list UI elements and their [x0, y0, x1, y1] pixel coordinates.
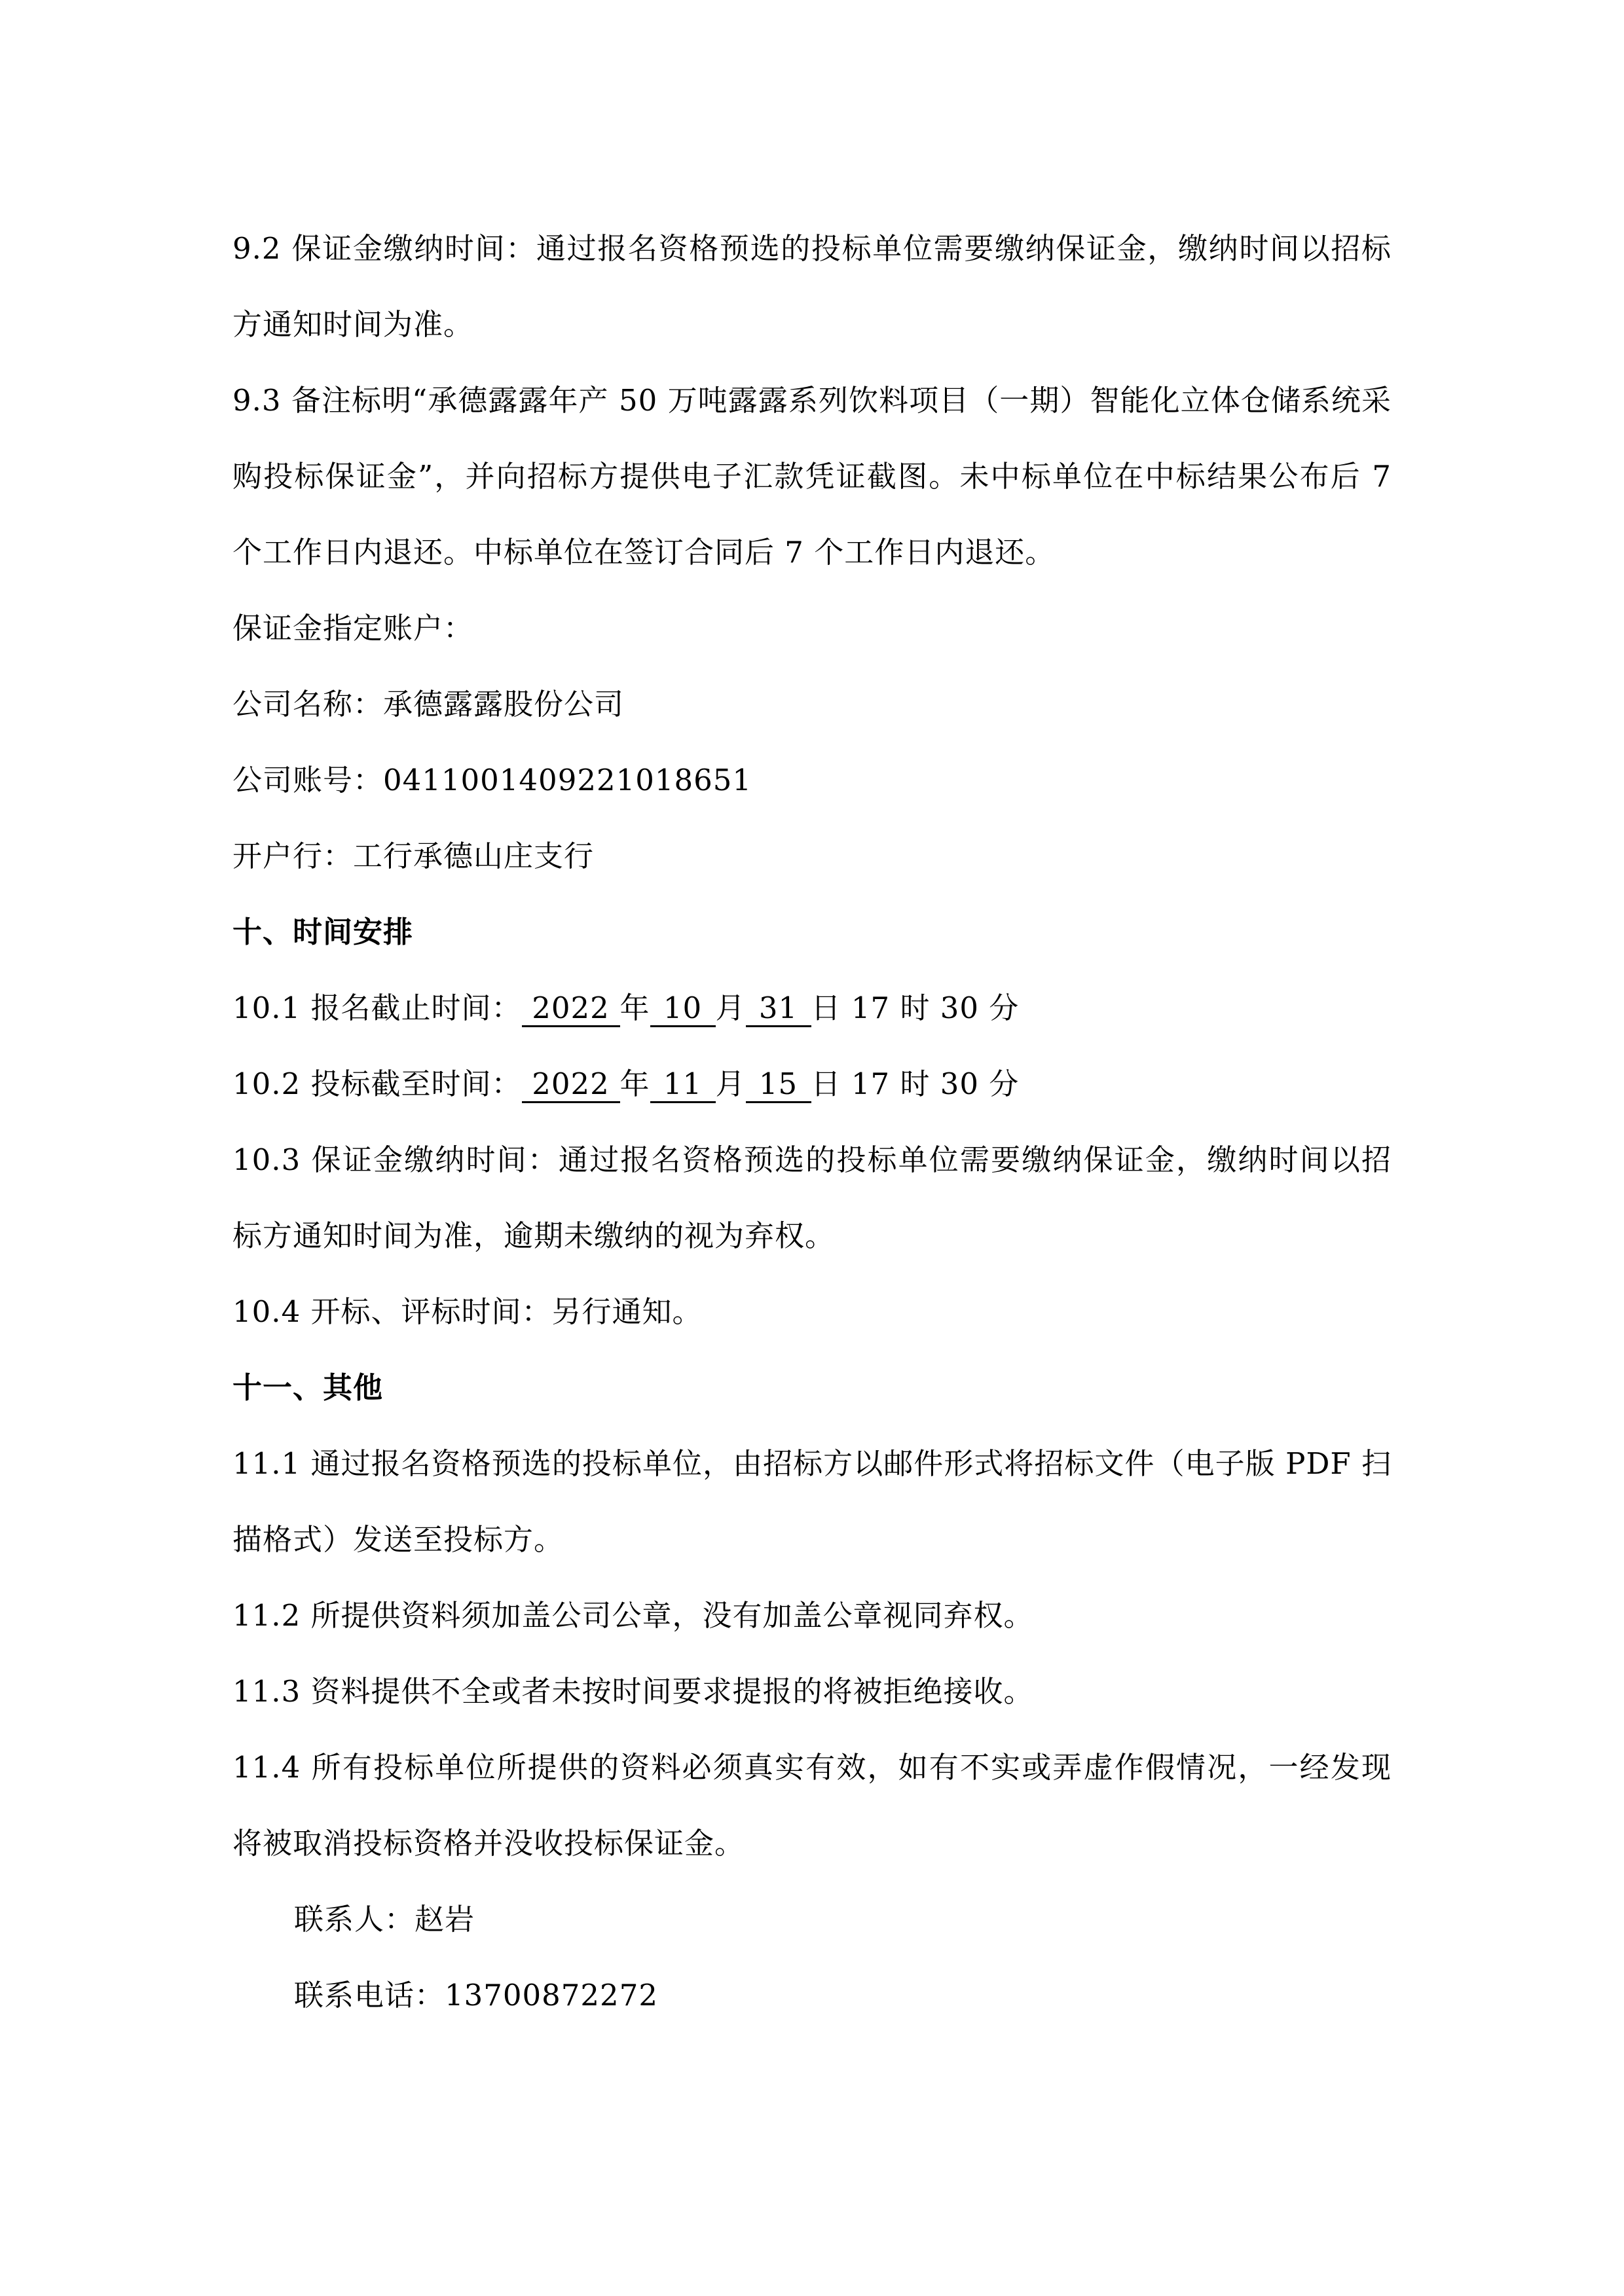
- paragraph-10-1: 10.1 报名截止时间：2022年10月31日 17 时 30 分: [232, 970, 1392, 1046]
- paragraph-10-3: 10.3 保证金缴纳时间：通过报名资格预选的投标单位需要缴纳保证金，缴纳时间以招…: [232, 1122, 1392, 1274]
- paragraph-11-3: 11.3 资料提供不全或者未按时间要求提报的将被拒绝接收。: [232, 1654, 1392, 1730]
- paragraph-9-3: 9.3 备注标明“承德露露年产 50 万吨露露系列饮料项目（一期）智能化立体仓储…: [232, 363, 1392, 591]
- paragraph-11-4: 11.4 所有投标单位所提供的资料必须真实有效，如有不实或弄虚作假情况，一经发现…: [232, 1730, 1392, 1882]
- bid-deadline-label: 10.2 投标截至时间：: [232, 1066, 522, 1101]
- section-heading-10: 十、时间安排: [232, 894, 1392, 970]
- paragraph-9-2: 9.2 保证金缴纳时间：通过报名资格预选的投标单位需要缴纳保证金，缴纳时间以招标…: [232, 211, 1392, 363]
- company-name-value: 承德露露股份公司: [383, 687, 624, 721]
- contact-person-row: 联系人：赵岩: [232, 1882, 1392, 1958]
- contact-phone-row: 联系电话：13700872272: [232, 1958, 1392, 2033]
- bank-row: 开户行：工行承德山庄支行: [232, 818, 1392, 894]
- paragraph-10-2: 10.2 投标截至时间：2022年11月15日 17 时 30 分: [232, 1046, 1392, 1122]
- registration-deadline-label: 10.1 报名截止时间：: [232, 991, 522, 1025]
- day-unit: 日: [811, 1066, 841, 1101]
- day-unit: 日: [811, 991, 841, 1025]
- document-page: 9.2 保证金缴纳时间：通过报名资格预选的投标单位需要缴纳保证金，缴纳时间以招标…: [232, 211, 1392, 2033]
- bid-day: 15: [746, 1067, 811, 1103]
- month-unit: 月: [716, 991, 746, 1025]
- company-name-row: 公司名称：承德露露股份公司: [232, 666, 1392, 742]
- year-unit: 年: [620, 991, 650, 1025]
- paragraph-10-4: 10.4 开标、评标时间：另行通知。: [232, 1274, 1392, 1350]
- account-number-value: 0411001409221018651: [383, 763, 752, 797]
- paragraph-11-2: 11.2 所提供资料须加盖公司公章，没有加盖公章视同弃权。: [232, 1578, 1392, 1654]
- deposit-account-title: 保证金指定账户：: [232, 591, 1392, 666]
- bank-label: 开户行：: [232, 839, 353, 873]
- registration-year: 2022: [522, 991, 620, 1027]
- year-unit: 年: [620, 1066, 650, 1101]
- bank-value: 工行承德山庄支行: [353, 839, 594, 873]
- bid-time: 17 时 30 分: [851, 1066, 1019, 1101]
- company-name-label: 公司名称：: [232, 687, 383, 721]
- registration-month: 10: [650, 991, 716, 1027]
- bid-month: 11: [650, 1067, 716, 1103]
- registration-day: 31: [746, 991, 811, 1027]
- contact-phone-label: 联系电话：: [294, 1978, 445, 2013]
- bid-year: 2022: [522, 1067, 620, 1103]
- registration-time: 17 时 30 分: [851, 991, 1019, 1025]
- account-number-label: 公司账号：: [232, 763, 383, 797]
- paragraph-11-1: 11.1 通过报名资格预选的投标单位，由招标方以邮件形式将招标文件（电子版 PD…: [232, 1426, 1392, 1578]
- account-number-row: 公司账号：0411001409221018651: [232, 742, 1392, 818]
- contact-person-label-text: 联系人：: [294, 1902, 415, 1937]
- contact-phone-value: 13700872272: [445, 1978, 658, 2013]
- section-heading-11: 十一、其他: [232, 1350, 1392, 1426]
- contact-person-value: 赵岩: [415, 1902, 475, 1937]
- month-unit: 月: [716, 1066, 746, 1101]
